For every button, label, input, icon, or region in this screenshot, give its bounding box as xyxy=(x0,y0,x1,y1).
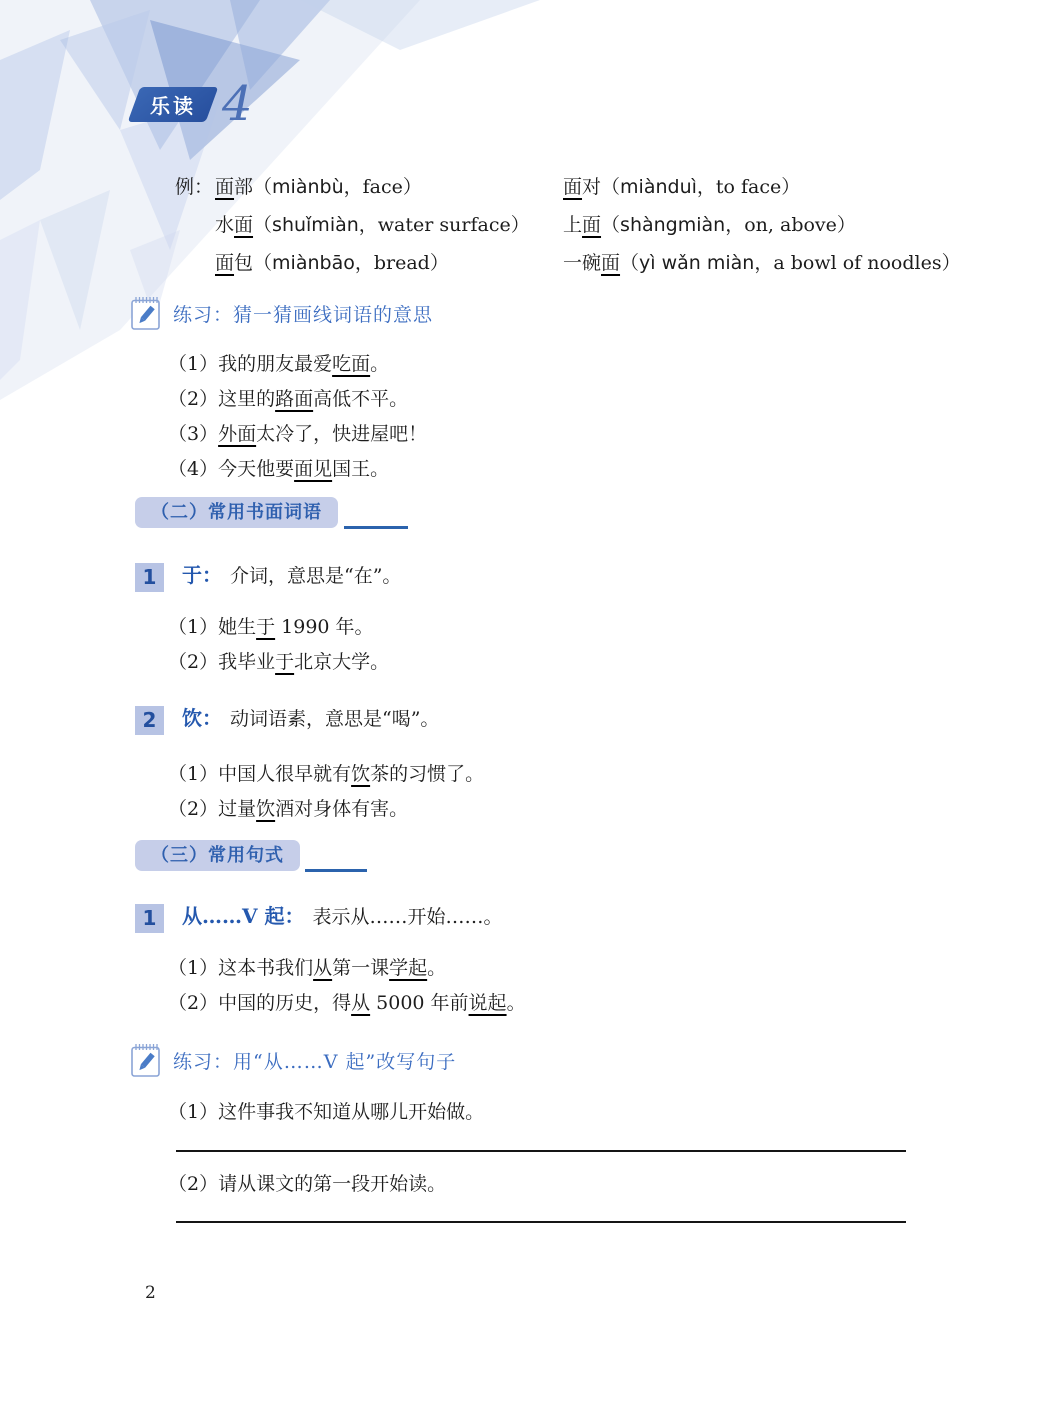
grammar-point: 2饮：动词语素，意思是“喝”。 xyxy=(135,702,439,734)
example-word: 一碗面（yì wǎn miàn，a bowl of noodles） xyxy=(563,252,961,274)
exercise-items: （1）这件事我不知道从哪儿开始做。 xyxy=(168,1095,484,1130)
logo-title: 乐读 xyxy=(150,90,196,119)
example-label: 例： xyxy=(175,176,213,198)
example-row: 水面（shuǐmiàn，water surface） 上面（shàngmiàn，… xyxy=(175,206,965,244)
point-number-badge: 1 xyxy=(135,563,164,592)
example-word: 面部（miànbù，face） xyxy=(215,176,422,198)
exercise-title: 练习：用“从……V 起”改写句子 xyxy=(173,1047,456,1074)
section-badge: （二）常用书面词语 xyxy=(135,497,338,528)
textbook-page: 乐读4 例：面部（miànbù，face） 面对（miànduì，to face… xyxy=(0,0,1039,1401)
example-block: 例：面部（miànbù，face） 面对（miànduì，to face） 水面… xyxy=(175,168,965,282)
example-cell: 上面（shàngmiàn，on, above） xyxy=(563,206,856,244)
answer-write-line xyxy=(176,1150,906,1152)
exercise-items: （2）请从课文的第一段开始读。 xyxy=(168,1167,446,1202)
example-word: 水面（shuǐmiàn，water surface） xyxy=(215,214,530,236)
list-item: （1）我的朋友最爱吃面。 xyxy=(168,347,427,382)
example-word: 面包（miànbāo，bread） xyxy=(215,252,449,274)
logo-volume-number: 4 xyxy=(222,84,253,124)
point-number-badge: 2 xyxy=(135,706,164,735)
grammar-point: 1从……V 起：表示从……开始……。 xyxy=(135,900,503,932)
point-examples: （1）这本书我们从第一课学起。 （2）中国的历史，得从 5000 年前说起。 xyxy=(168,951,526,1021)
example-cell: 水面（shuǐmiàn，water surface） xyxy=(175,206,563,244)
example-word: 面对（miànduì，to face） xyxy=(563,176,800,198)
point-examples: （1）她生于 1990 年。 （2）我毕业于北京大学。 xyxy=(168,610,389,680)
grammar-point: 1于：介词，意思是“在”。 xyxy=(135,559,401,591)
underline-accent xyxy=(305,869,367,872)
list-item: （2）过量饮酒对身体有害。 xyxy=(168,792,484,827)
list-item: （1）这件事我不知道从哪儿开始做。 xyxy=(168,1095,484,1130)
term-label: 饮： xyxy=(182,706,222,730)
example-cell: 一碗面（yì wǎn miàn，a bowl of noodles） xyxy=(563,244,961,282)
answer-write-line xyxy=(176,1221,906,1223)
underline-accent xyxy=(344,526,408,529)
notepad-pencil-icon xyxy=(130,1043,163,1078)
book-logo: 乐读4 xyxy=(134,84,253,128)
term-label: 从……V 起： xyxy=(182,904,304,928)
exercise-title: 练习：猜一猜画线词语的意思 xyxy=(173,300,433,327)
exercise-items: （1）我的朋友最爱吃面。 （2）这里的路面高低不平。 （3）外面太冷了，快进屋吧… xyxy=(168,347,427,487)
logo-badge: 乐读 xyxy=(128,87,219,122)
list-item: （2）我毕业于北京大学。 xyxy=(168,645,389,680)
list-item: （2）请从课文的第一段开始读。 xyxy=(168,1167,446,1202)
list-item: （3）外面太冷了，快进屋吧！ xyxy=(168,417,427,452)
term-description: 表示从……开始……。 xyxy=(312,906,502,928)
term-description: 介词，意思是“在”。 xyxy=(230,565,401,587)
example-word: 上面（shàngmiàn，on, above） xyxy=(563,214,856,236)
term-label: 于： xyxy=(182,563,222,587)
example-cell: 面对（miànduì，to face） xyxy=(563,168,800,206)
example-cell: 面包（miànbāo，bread） xyxy=(175,244,563,282)
page-number: 2 xyxy=(145,1283,156,1303)
example-row: 例：面部（miànbù，face） 面对（miànduì，to face） xyxy=(175,168,965,206)
example-row: 面包（miànbāo，bread） 一碗面（yì wǎn miàn，a bowl… xyxy=(175,244,965,282)
list-item: （1）她生于 1990 年。 xyxy=(168,610,389,645)
point-number-badge: 1 xyxy=(135,904,164,933)
list-item: （1）这本书我们从第一课学起。 xyxy=(168,951,526,986)
point-examples: （1）中国人很早就有饮茶的习惯了。 （2）过量饮酒对身体有害。 xyxy=(168,757,484,827)
list-item: （1）中国人很早就有饮茶的习惯了。 xyxy=(168,757,484,792)
list-item: （4）今天他要面见国王。 xyxy=(168,452,427,487)
exercise-header: 练习：用“从……V 起”改写句子 xyxy=(130,1043,456,1078)
list-item: （2）中国的历史，得从 5000 年前说起。 xyxy=(168,986,526,1021)
list-item: （2）这里的路面高低不平。 xyxy=(168,382,427,417)
term-description: 动词语素，意思是“喝”。 xyxy=(230,708,439,730)
exercise-header: 练习：猜一猜画线词语的意思 xyxy=(130,296,433,331)
notepad-pencil-icon xyxy=(130,296,163,331)
example-cell: 例：面部（miànbù，face） xyxy=(175,168,563,206)
section-badge: （三）常用句式 xyxy=(135,840,300,871)
